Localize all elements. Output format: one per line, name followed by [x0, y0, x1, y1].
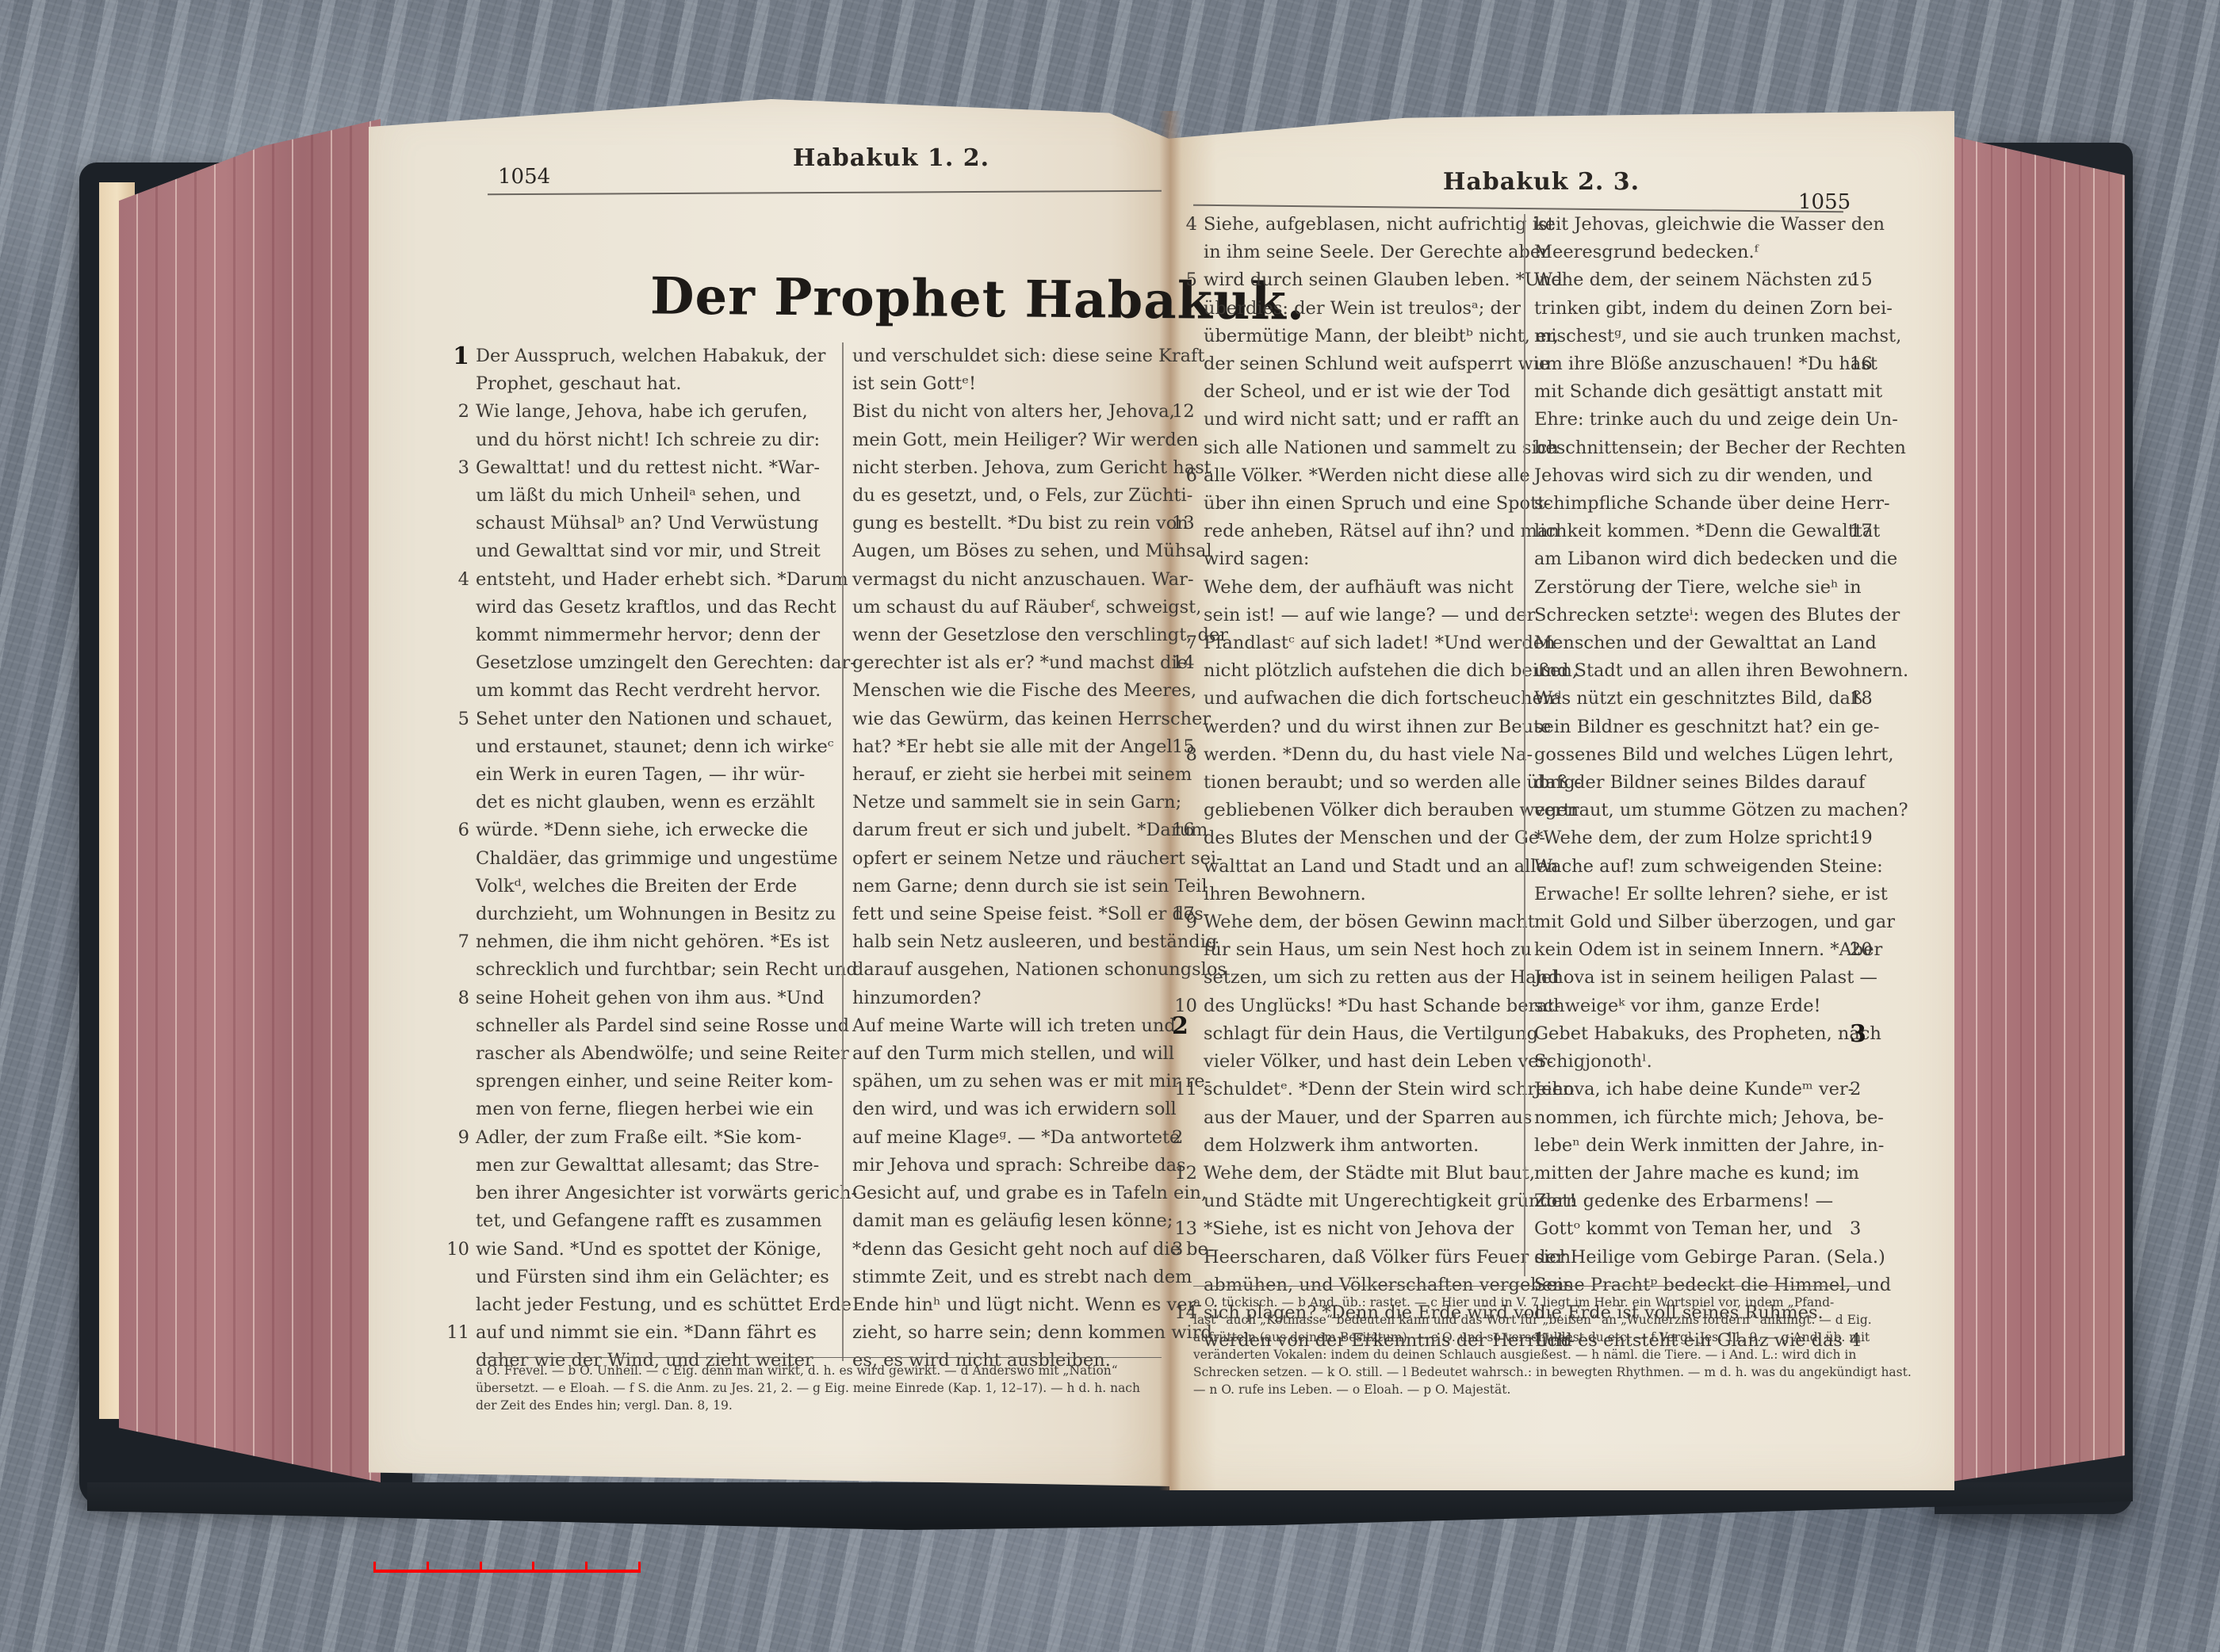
- text-line: daß der Bildner seines Bildes darauf: [1534, 769, 1843, 797]
- verse-text: Heerscharen, daß Völker fürs Feuer sich: [1204, 1247, 1571, 1268]
- text-line: 19*Wehe dem, der zum Holze spricht:: [1534, 824, 1843, 852]
- text-line: schaust Mühsalᵇ an? Und Verwüstung: [476, 510, 831, 537]
- text-line: Gesetzlose umzingelt den Gerechten: dar-: [476, 649, 831, 677]
- text-line: Ehre: trinke auch du und zeige dein Un-: [1534, 406, 1843, 434]
- footnote-line: last“ auch „Kotmasse“ bedeuten kann und …: [1193, 1311, 1867, 1329]
- text-line: der Heilige vom Gebirge Paran. (Sela.): [1534, 1244, 1843, 1272]
- text-line: Schigjonothˡ.: [1534, 1048, 1843, 1076]
- verse-text: kein Odem ist in seinem Innern. *Aber: [1534, 939, 1882, 960]
- verse-number: 8: [1165, 741, 1197, 769]
- text-line: Augen, um Böses zu sehen, und Mühsal: [852, 537, 1165, 565]
- text-line: Erwache! Er sollte lehren? siehe, er ist: [1534, 881, 1843, 908]
- verse-number: 16: [1172, 816, 1207, 844]
- verse-text: nommen, ich fürchte mich; Jehova, be-: [1534, 1107, 1884, 1128]
- verse-text: mit Schande dich gesättigt anstatt mit: [1534, 381, 1882, 402]
- text-line: Ende hinʰ und lügt nicht. Wenn es ver-: [852, 1291, 1165, 1319]
- verse-text: lacht jeder Festung, und es schüttet Erd…: [476, 1294, 852, 1315]
- verse-number: 5: [1165, 266, 1197, 294]
- left-page-column-2: und verschuldet sich: diese seine Krafti…: [852, 342, 1165, 1375]
- text-line: schimpfliche Schande über deine Herr-: [1534, 490, 1843, 518]
- verse-text: Gesicht auf, und grabe es in Tafeln ein,: [852, 1183, 1207, 1203]
- text-line: wenn der Gesetzlose den verschlingt, der: [852, 621, 1165, 649]
- verse-text: seine Hoheit gehen von ihm aus. *Und: [476, 988, 825, 1008]
- verse-text: um schaust du auf Räuberᶠ, schweigst,: [852, 597, 1201, 618]
- verse-text: spähen, um zu sehen was er mit mir re-: [852, 1071, 1211, 1092]
- verse-text: und Fürsten sind ihm ein Gelächter; es: [476, 1267, 829, 1287]
- text-line: und aufwachen die dich fortscheuchenᵈ: [1204, 685, 1525, 713]
- text-line: ihren Bewohnern.: [1204, 881, 1525, 908]
- text-line: spähen, um zu sehen was er mit mir re-: [852, 1068, 1165, 1096]
- text-line: 3Gewalttat! und du rettest nicht. *War-: [476, 454, 831, 482]
- right-footnotes: a O. tückisch. — b And. üb.: rastet. — c…: [1193, 1294, 1867, 1398]
- verse-text: hat? *Er hebt sie alle mit der Angel: [852, 736, 1173, 757]
- text-line: 1Der Ausspruch, welchen Habakuk, der: [476, 342, 831, 370]
- verse-text: für sein Haus, um sein Nest hoch zu: [1204, 939, 1532, 960]
- verse-text: Schigjonothˡ.: [1534, 1051, 1652, 1072]
- text-line: herauf, er zieht sie herbei mit seinem: [852, 761, 1165, 789]
- verse-number: 11: [1165, 1076, 1197, 1103]
- text-line: 15hat? *Er hebt sie alle mit der Angel: [852, 733, 1165, 761]
- verse-text: walttat an Land und Stadt und an allen: [1204, 856, 1558, 877]
- text-line: 7nehmen, die ihm nicht gehören. *Es ist: [476, 928, 831, 956]
- verse-text: gung es bestellt. *Du bist zu rein von: [852, 513, 1188, 533]
- scale-tick: [480, 1562, 482, 1573]
- text-line: lacht jeder Festung, und es schüttet Erd…: [476, 1291, 831, 1319]
- left-page-column-1: 1Der Ausspruch, welchen Habakuk, derProp…: [476, 342, 831, 1375]
- text-line: Menschen und der Gewalttat an Land: [1534, 629, 1843, 657]
- verse-text: übermütige Mann, der bleibtᵇ nicht, er,: [1204, 326, 1559, 346]
- verse-text: Jehova, ich habe deine Kundeᵐ ver-: [1534, 1079, 1854, 1099]
- text-line: rascher als Abendwölfe; und seine Reiter: [476, 1040, 831, 1068]
- verse-text: *Wehe dem, der zum Holze spricht:: [1534, 828, 1855, 848]
- text-line: rede anheben, Rätsel auf ihn? und man: [1204, 518, 1525, 545]
- verse-text: nicht sterben. Jehova, zum Gericht hast: [852, 457, 1211, 478]
- verse-text: mir Jehova und sprach: Schreibe das: [852, 1155, 1186, 1176]
- verse-text: aus der Mauer, und der Sparren aus: [1204, 1107, 1532, 1128]
- verse-number: 2: [1172, 1124, 1207, 1152]
- text-line: 4Siehe, aufgeblasen, nicht aufrichtig is…: [1204, 211, 1525, 239]
- text-line: 2Auf meine Warte will ich treten und: [852, 1012, 1165, 1040]
- text-line: 8werden. *Denn du, du hast viele Na-: [1204, 741, 1525, 769]
- text-line: werden? und du wirst ihnen zur Beute: [1204, 713, 1525, 741]
- verse-text: darauf ausgehen, Nationen schonungslos: [852, 959, 1227, 980]
- verse-text: men zur Gewalttat allesamt; das Stre-: [476, 1155, 819, 1176]
- verse-text: um läßt du mich Unheilᵃ sehen, und: [476, 485, 801, 506]
- verse-text: Volkᵈ, welches die Breiten der Erde: [476, 876, 797, 897]
- chapter-number: 3: [1850, 1020, 1885, 1048]
- verse-text: und du hörst nicht! Ich schreie zu dir:: [476, 430, 820, 450]
- text-line: 2Jehova, ich habe deine Kundeᵐ ver-: [1534, 1076, 1843, 1103]
- verse-text: der Scheol, und er ist wie der Tod: [1204, 381, 1510, 402]
- verse-number: 3: [438, 454, 469, 482]
- text-line: Zerstörung der Tiere, welche sieʰ in: [1534, 574, 1843, 602]
- text-line: stimmte Zeit, und es strebt nach dem: [852, 1264, 1165, 1291]
- verse-number: 9: [1165, 908, 1197, 936]
- text-line: keit Jehovas, gleichwie die Wasser den: [1534, 211, 1843, 239]
- text-line: des Blutes der Menschen und der Ge-: [1204, 824, 1525, 852]
- text-line: 7Pfandlastᶜ auf sich ladet! *Und werden: [1204, 629, 1525, 657]
- text-line: 9Adler, der zum Fraße eilt. *Sie kom-: [476, 1124, 831, 1152]
- verse-text: vermagst du nicht anzuschauen. War-: [852, 569, 1194, 590]
- verse-text: Wehe dem, der aufhäuft was nicht: [1204, 577, 1514, 598]
- text-line: vertraut, um stumme Götzen zu machen?: [1534, 797, 1843, 824]
- text-line: 5Sehet unter den Nationen und schauet,: [476, 706, 831, 733]
- text-line: darauf ausgehen, Nationen schonungslos: [852, 956, 1165, 984]
- verse-text: keit Jehovas, gleichwie die Wasser den: [1534, 214, 1885, 235]
- text-line: opfert er seinem Netze und räuchert sei-: [852, 845, 1165, 873]
- verse-text: um kommt das Recht verdreht hervor.: [476, 680, 821, 701]
- text-line: men von ferne, fliegen herbei wie ein: [476, 1096, 831, 1123]
- footnote-line: übersetzt. — e Eloah. — f S. die Anm. zu…: [476, 1379, 1173, 1397]
- verse-number: 17: [1850, 518, 1885, 545]
- verse-text: Gebet Habakuks, des Propheten, nach: [1534, 1023, 1881, 1044]
- text-line: 10des Unglücks! *Du hast Schande berat-: [1204, 992, 1525, 1020]
- text-line: setzen, um sich zu retten aus der Hand: [1204, 964, 1525, 992]
- text-line: schweigeᵏ vor ihm, ganze Erde!: [1534, 992, 1843, 1020]
- verse-text: alle Völker. *Werden nicht diese alle: [1204, 465, 1530, 486]
- verse-text: nehmen, die ihm nicht gehören. *Es ist: [476, 931, 829, 952]
- verse-text: überdies: der Wein ist treulosᵃ; der: [1204, 298, 1521, 319]
- text-line: 17lichkeit kommen. *Denn die Gewalttat: [1534, 518, 1843, 545]
- verse-text: über ihn einen Spruch und eine Spott-: [1204, 493, 1551, 514]
- text-line: um läßt du mich Unheilᵃ sehen, und: [476, 482, 831, 510]
- verse-text: mitten der Jahre mache es kund; im: [1534, 1163, 1859, 1184]
- text-line: 4entsteht, und Hader erhebt sich. *Darum: [476, 566, 831, 594]
- text-line: lebeⁿ dein Werk inmitten der Jahre, in-: [1534, 1132, 1843, 1160]
- verse-text: am Libanon wird dich bedecken und die: [1534, 549, 1897, 569]
- text-line: sprengen einher, und seine Reiter kom-: [476, 1068, 831, 1096]
- verse-text: Ehre: trinke auch du und zeige dein Un-: [1534, 409, 1898, 430]
- verse-number: 3: [1850, 1215, 1885, 1243]
- text-line: und verschuldet sich: diese seine Kraft: [852, 342, 1165, 370]
- verse-text: Menschen wie die Fische des Meeres,: [852, 680, 1196, 701]
- text-line: 18Was nützt ein geschnitztes Bild, daß: [1534, 685, 1843, 713]
- verse-text: *denn das Gesicht geht noch auf die be-: [852, 1239, 1214, 1260]
- text-line: wird sagen:: [1204, 545, 1525, 573]
- footnote-line: a O. Frevel. — b O. Unheil. — c Eig. den…: [476, 1362, 1173, 1379]
- text-line: 16darum freut er sich und jubelt. *Darum: [852, 816, 1165, 844]
- text-line: 16um ihre Blöße anzuschauen! *Du hast: [1534, 350, 1843, 378]
- verse-text: Seine Prachtᵖ bedeckt die Himmel, und: [1534, 1275, 1891, 1295]
- verse-number: 7: [1165, 629, 1197, 657]
- text-line: Menschen wie die Fische des Meeres,: [852, 677, 1165, 705]
- verse-text: Auf meine Warte will ich treten und: [852, 1015, 1176, 1036]
- text-line: und Gewalttat sind vor mir, und Streit: [476, 537, 831, 565]
- footnote-line: aufrütteln (aus deinem Besitztum). — e O…: [1193, 1329, 1867, 1346]
- text-line: Gesicht auf, und grabe es in Tafeln ein,: [852, 1180, 1165, 1207]
- text-line: mit Gold und Silber überzogen, und gar: [1534, 908, 1843, 936]
- verse-text: Zerstörung der Tiere, welche sieʰ in: [1534, 577, 1862, 598]
- verse-text: Chaldäer, das grimmige und ungestüme: [476, 848, 838, 869]
- verse-text: Wehe dem, der bösen Gewinn macht: [1204, 912, 1535, 932]
- verse-text: der Heilige vom Gebirge Paran. (Sela.): [1534, 1247, 1885, 1268]
- text-line: Zorn gedenke des Erbarmens! —: [1534, 1187, 1843, 1215]
- verse-number: 4: [438, 566, 469, 594]
- text-line: mir Jehova und sprach: Schreibe das: [852, 1152, 1165, 1180]
- verse-text: in ihm seine Seele. Der Gerechte aber: [1204, 242, 1549, 262]
- footnote-line: — n O. rufe ins Leben. — o Eloah. — p O.…: [1193, 1381, 1867, 1398]
- verse-text: sprengen einher, und seine Reiter kom-: [476, 1071, 833, 1092]
- verse-text: Sehet unter den Nationen und schauet,: [476, 709, 832, 729]
- verse-number: 11: [438, 1319, 469, 1347]
- verse-text: Wehe dem, der seinem Nächsten zu: [1534, 270, 1858, 290]
- left-page-number: 1054: [498, 165, 550, 189]
- text-line: Netze und sammelt sie in sein Garn;: [852, 789, 1165, 816]
- text-line: men zur Gewalttat allesamt; das Stre-: [476, 1152, 831, 1180]
- scale-tick: [427, 1562, 429, 1573]
- verse-text: werden. *Denn du, du hast viele Na-: [1204, 744, 1533, 765]
- text-line: der seinen Schlund weit aufsperrt wie: [1204, 350, 1525, 378]
- verse-text: und erstaunet, staunet; denn ich wirkeᶜ: [476, 736, 834, 757]
- text-line: 14gerechter ist als er? *und machst die: [852, 649, 1165, 677]
- verse-text: schrecklich und furchtbar; sein Recht un…: [476, 959, 858, 980]
- text-line: 13*Siehe, ist es nicht von Jehova der: [1204, 1215, 1525, 1243]
- text-line: am Libanon wird dich bedecken und die: [1534, 545, 1843, 573]
- scale-tick: [638, 1562, 641, 1573]
- verse-number: 6: [1165, 462, 1197, 490]
- verse-number: 16: [1850, 350, 1885, 378]
- verse-number: 2: [438, 398, 469, 426]
- verse-text: des Unglücks! *Du hast Schande berat-: [1204, 996, 1560, 1016]
- text-line: ben ihrer Angesichter ist vorwärts geric…: [476, 1180, 831, 1207]
- text-line: 8seine Hoheit gehen von ihm aus. *Und: [476, 985, 831, 1012]
- verse-text: daß der Bildner seines Bildes darauf: [1534, 772, 1865, 793]
- text-line: Wache auf! zum schweigenden Steine:: [1534, 853, 1843, 881]
- text-line: 9Wehe dem, der bösen Gewinn macht: [1204, 908, 1525, 936]
- verse-text: rede anheben, Rätsel auf ihn? und man: [1204, 521, 1560, 541]
- verse-text: schaust Mühsalᵇ an? Und Verwüstung: [476, 513, 819, 533]
- text-line: der Scheol, und er ist wie der Tod: [1204, 378, 1525, 406]
- text-line: zieht, so harre sein; denn kommen wird: [852, 1319, 1165, 1347]
- text-line: Jehova ist in seinem heiligen Palast —: [1534, 964, 1843, 992]
- text-line: halb sein Netz ausleeren, und beständig: [852, 928, 1165, 956]
- text-line: 5wird durch seinen Glauben leben. *Und: [1204, 266, 1525, 294]
- text-line: 3Gebet Habakuks, des Propheten, nach: [1534, 1020, 1843, 1048]
- verse-text: mein Gott, mein Heiliger? Wir werden: [852, 430, 1198, 450]
- verse-text: Meeresgrund bedecken.ᶠ: [1534, 242, 1759, 262]
- verse-number: 18: [1850, 685, 1885, 713]
- text-line: mischestᵍ, und sie auch trunken machst,: [1534, 323, 1843, 350]
- page-edges-left: [119, 119, 381, 1482]
- right-page-column-1: 4Siehe, aufgeblasen, nicht aufrichtig is…: [1204, 211, 1525, 1355]
- text-line: trinken gibt, indem du deinen Zorn bei-: [1534, 295, 1843, 323]
- text-line: Heerscharen, daß Völker fürs Feuer sich: [1204, 1244, 1525, 1272]
- verse-text: mischestᵍ, und sie auch trunken machst,: [1534, 326, 1901, 346]
- text-line: 20kein Odem ist in seinem Innern. *Aber: [1534, 936, 1843, 964]
- verse-text: gerechter ist als er? *und machst die: [852, 652, 1188, 673]
- verse-text: sich alle Nationen und sammelt zu sich: [1204, 438, 1559, 458]
- text-line: aus der Mauer, und der Sparren aus: [1204, 1104, 1525, 1132]
- verse-text: wird das Gesetz kraftlos, und das Recht: [476, 597, 836, 618]
- text-line: 6würde. *Denn siehe, ich erwecke die: [476, 816, 831, 844]
- text-line: auf den Turm mich stellen, und will: [852, 1040, 1165, 1068]
- verse-text: kommt nimmermehr hervor; denn der: [476, 625, 820, 645]
- verse-number: 12: [1172, 398, 1207, 426]
- text-line: für sein Haus, um sein Nest hoch zu: [1204, 936, 1525, 964]
- text-line: walttat an Land und Stadt und an allen: [1204, 853, 1525, 881]
- verse-text: rascher als Abendwölfe; und seine Reiter: [476, 1043, 849, 1064]
- verse-number: 8: [438, 985, 469, 1012]
- verse-text: beschnittensein; der Becher der Rechten: [1534, 438, 1906, 458]
- text-line: 3*denn das Gesicht geht noch auf die be-: [852, 1236, 1165, 1264]
- verse-number: 13: [1172, 510, 1207, 537]
- left-running-head: Habakuk 1. 2.: [793, 144, 989, 172]
- verse-text: nicht plötzlich aufstehen die dich beiße…: [1204, 660, 1578, 681]
- verse-text: Ende hinʰ und lügt nicht. Wenn es ver-: [852, 1294, 1202, 1315]
- text-line: gebliebenen Völker dich berauben wegen: [1204, 797, 1525, 824]
- verse-text: halb sein Netz ausleeren, und beständig: [852, 931, 1217, 952]
- verse-text: und verschuldet sich: diese seine Kraft: [852, 346, 1204, 366]
- left-footnote-rule: [480, 1357, 1162, 1358]
- text-line: sein ist! — auf wie lange? — und der: [1204, 602, 1525, 629]
- text-line: kommt nimmermehr hervor; denn der: [476, 621, 831, 649]
- verse-text: wie Sand. *Und es spottet der Könige,: [476, 1239, 821, 1260]
- footnote-line: Schrecken setzen. — k O. still. — l Bede…: [1193, 1363, 1867, 1381]
- verse-text: Jehova ist in seinem heiligen Palast —: [1534, 967, 1877, 988]
- verse-text: mit Gold und Silber überzogen, und gar: [1534, 912, 1895, 932]
- verse-text: Augen, um Böses zu sehen, und Mühsal: [852, 541, 1212, 561]
- verse-text: ein Werk in euren Tagen, — ihr wür-: [476, 764, 805, 785]
- text-line: ist sein Gottᵉ!: [852, 370, 1165, 398]
- page-edges-right: [1946, 135, 2125, 1482]
- verse-text: gossenes Bild und welches Lügen lehrt,: [1534, 744, 1894, 765]
- verse-text: sein ist! — auf wie lange? — und der: [1204, 605, 1535, 625]
- text-line: dem Holzwerk ihm antworten.: [1204, 1132, 1525, 1160]
- verse-text: tet, und Gefangene rafft es zusammen: [476, 1210, 822, 1231]
- text-line: 13gung es bestellt. *Du bist zu rein von: [852, 510, 1165, 537]
- verse-number: 4: [1165, 211, 1197, 239]
- text-line: tet, und Gefangene rafft es zusammen: [476, 1207, 831, 1235]
- right-running-head: Habakuk 2. 3.: [1443, 168, 1640, 196]
- verse-number: 12: [1165, 1160, 1197, 1187]
- verse-text: vertraut, um stumme Götzen zu machen?: [1534, 800, 1908, 820]
- text-line: ein Werk in euren Tagen, — ihr wür-: [476, 761, 831, 789]
- text-line: 17fett und seine Speise feist. *Soll er …: [852, 901, 1165, 928]
- text-line: vermagst du nicht anzuschauen. War-: [852, 566, 1165, 594]
- text-line: mitten der Jahre mache es kund; im: [1534, 1160, 1843, 1187]
- right-column-separator: [1524, 214, 1525, 1276]
- verse-text: wird durch seinen Glauben leben. *Und: [1204, 270, 1563, 290]
- verse-text: der seinen Schlund weit aufsperrt wie: [1204, 354, 1549, 374]
- verse-text: auf meine Klageᵍ. — *Da antwortete: [852, 1127, 1180, 1148]
- verse-text: darum freut er sich und jubelt. *Darum: [852, 820, 1208, 840]
- verse-text: durchzieht, um Wohnungen in Besitz zu: [476, 904, 836, 924]
- text-line: Jehovas wird sich zu dir wenden, und: [1534, 462, 1843, 490]
- verse-text: schneller als Pardel sind seine Rosse un…: [476, 1015, 849, 1036]
- verse-text: Bist du nicht von alters her, Jehova,: [852, 401, 1175, 422]
- verse-text: wie das Gewürm, das keinen Herrscher: [852, 709, 1211, 729]
- verse-text: Wehe dem, der Städte mit Blut baut,: [1204, 1163, 1535, 1184]
- verse-text: Erwache! Er sollte lehren? siehe, er ist: [1534, 884, 1888, 904]
- text-line: und Städte mit Ungerechtigkeit gründet!: [1204, 1187, 1525, 1215]
- text-line: 11schuldetᵉ. *Denn der Stein wird schrei…: [1204, 1076, 1525, 1103]
- text-line: Prophet, geschaut hat.: [476, 370, 831, 398]
- verse-number: 15: [1850, 266, 1885, 294]
- verse-text: opfert er seinem Netze und räuchert sei-: [852, 848, 1223, 869]
- verse-number: 14: [1165, 1299, 1197, 1327]
- right-page-column-2: keit Jehovas, gleichwie die Wasser denMe…: [1534, 211, 1843, 1355]
- verse-text: Adler, der zum Fraße eilt. *Sie kom-: [476, 1127, 802, 1148]
- text-line: und Fürsten sind ihm ein Gelächter; es: [476, 1264, 831, 1291]
- text-line: übermütige Mann, der bleibtᵇ nicht, er,: [1204, 323, 1525, 350]
- text-line: überdies: der Wein ist treulosᵃ; der: [1204, 295, 1525, 323]
- verse-text: und aufwachen die dich fortscheuchenᵈ: [1204, 688, 1561, 709]
- verse-text: schuldetᵉ. *Denn der Stein wird schreien: [1204, 1079, 1575, 1099]
- text-line: 12Wehe dem, der Städte mit Blut baut,: [1204, 1160, 1525, 1187]
- verse-text: den wird, und was ich erwidern soll: [852, 1099, 1177, 1119]
- verse-text: schweigeᵏ vor ihm, ganze Erde!: [1534, 996, 1821, 1016]
- text-line: mein Gott, mein Heiliger? Wir werden: [852, 426, 1165, 454]
- text-line: schlagt für dein Haus, die Vertilgung: [1204, 1020, 1525, 1048]
- verse-text: Wie lange, Jehova, habe ich gerufen,: [476, 401, 808, 422]
- text-line: beschnittensein; der Becher der Rechten: [1534, 434, 1843, 462]
- verse-text: Prophet, geschaut hat.: [476, 373, 682, 394]
- text-line: um schaust du auf Räuberᶠ, schweigst,: [852, 594, 1165, 621]
- text-line: über ihn einen Spruch und eine Spott-: [1204, 490, 1525, 518]
- verse-text: vieler Völker, und hast dein Leben ver-: [1204, 1051, 1553, 1072]
- verse-number: 20: [1850, 936, 1885, 964]
- text-line: 11auf und nimmt sie ein. *Dann fährt es: [476, 1319, 831, 1347]
- verse-text: auf und nimmt sie ein. *Dann fährt es: [476, 1322, 817, 1343]
- text-line: und Stadt und an allen ihren Bewohnern.: [1534, 657, 1843, 685]
- footnote-line: veränderten Vokalen: indem du deinen Sch…: [1193, 1346, 1867, 1363]
- verse-text: ihren Bewohnern.: [1204, 884, 1366, 904]
- text-line: 3Gottᵒ kommt von Teman her, und: [1534, 1215, 1843, 1243]
- verse-text: Jehovas wird sich zu dir wenden, und: [1534, 465, 1873, 486]
- text-line: vieler Völker, und hast dein Leben ver-: [1204, 1048, 1525, 1076]
- text-line: und wird nicht satt; und er rafft an: [1204, 406, 1525, 434]
- text-line: wie das Gewürm, das keinen Herrscher: [852, 706, 1165, 733]
- text-line: Meeresgrund bedecken.ᶠ: [1534, 239, 1843, 266]
- verse-text: lichkeit kommen. *Denn die Gewalttat: [1534, 521, 1880, 541]
- text-line: 2auf meine Klageᵍ. — *Da antwortete: [852, 1124, 1165, 1152]
- text-line: 12Bist du nicht von alters her, Jehova,: [852, 398, 1165, 426]
- verse-text: schlagt für dein Haus, die Vertilgung: [1204, 1023, 1538, 1044]
- text-line: 2Wie lange, Jehova, habe ich gerufen,: [476, 398, 831, 426]
- verse-number: 19: [1850, 824, 1885, 852]
- verse-number: 9: [438, 1124, 469, 1152]
- left-footnotes: a O. Frevel. — b O. Unheil. — c Eig. den…: [476, 1362, 1173, 1414]
- verse-number: 13: [1165, 1215, 1197, 1243]
- verse-text: des Blutes der Menschen und der Ge-: [1204, 828, 1545, 848]
- verse-number: 10: [438, 1236, 469, 1264]
- text-line: det es nicht glauben, wenn es erzählt: [476, 789, 831, 816]
- footnote-line: der Zeit des Endes hin; vergl. Dan. 8, 1…: [476, 1397, 1173, 1414]
- verse-text: werden? und du wirst ihnen zur Beute: [1204, 717, 1551, 737]
- text-line: sich alle Nationen und sammelt zu sich: [1204, 434, 1525, 462]
- text-line: nicht plötzlich aufstehen die dich beiße…: [1204, 657, 1525, 685]
- verse-text: trinken gibt, indem du deinen Zorn bei-: [1534, 298, 1893, 319]
- verse-text: men von ferne, fliegen herbei wie ein: [476, 1099, 813, 1119]
- scale-tick: [532, 1562, 534, 1573]
- verse-text: dem Holzwerk ihm antworten.: [1204, 1135, 1479, 1156]
- text-line: Wehe dem, der aufhäuft was nicht: [1204, 574, 1525, 602]
- text-line: nommen, ich fürchte mich; Jehova, be-: [1534, 1104, 1843, 1132]
- verse-text: *Siehe, ist es nicht von Jehova der: [1204, 1218, 1514, 1239]
- verse-text: stimmte Zeit, und es strebt nach dem: [852, 1267, 1192, 1287]
- verse-text: würde. *Denn siehe, ich erwecke die: [476, 820, 808, 840]
- verse-text: Netze und sammelt sie in sein Garn;: [852, 792, 1181, 813]
- verse-text: und Gewalttat sind vor mir, und Streit: [476, 541, 821, 561]
- scale-tick: [585, 1562, 588, 1573]
- verse-text: sein Bildner es geschnitzt hat? ein ge-: [1534, 717, 1880, 737]
- verse-text: Der Ausspruch, welchen Habakuk, der: [476, 346, 825, 366]
- text-line: und erstaunet, staunet; denn ich wirkeᶜ: [476, 733, 831, 761]
- verse-text: nem Garne; denn durch sie ist sein Teil: [852, 876, 1208, 897]
- text-line: in ihm seine Seele. Der Gerechte aber: [1204, 239, 1525, 266]
- text-line: wird das Gesetz kraftlos, und das Recht: [476, 594, 831, 621]
- verse-text: wird sagen:: [1204, 549, 1310, 569]
